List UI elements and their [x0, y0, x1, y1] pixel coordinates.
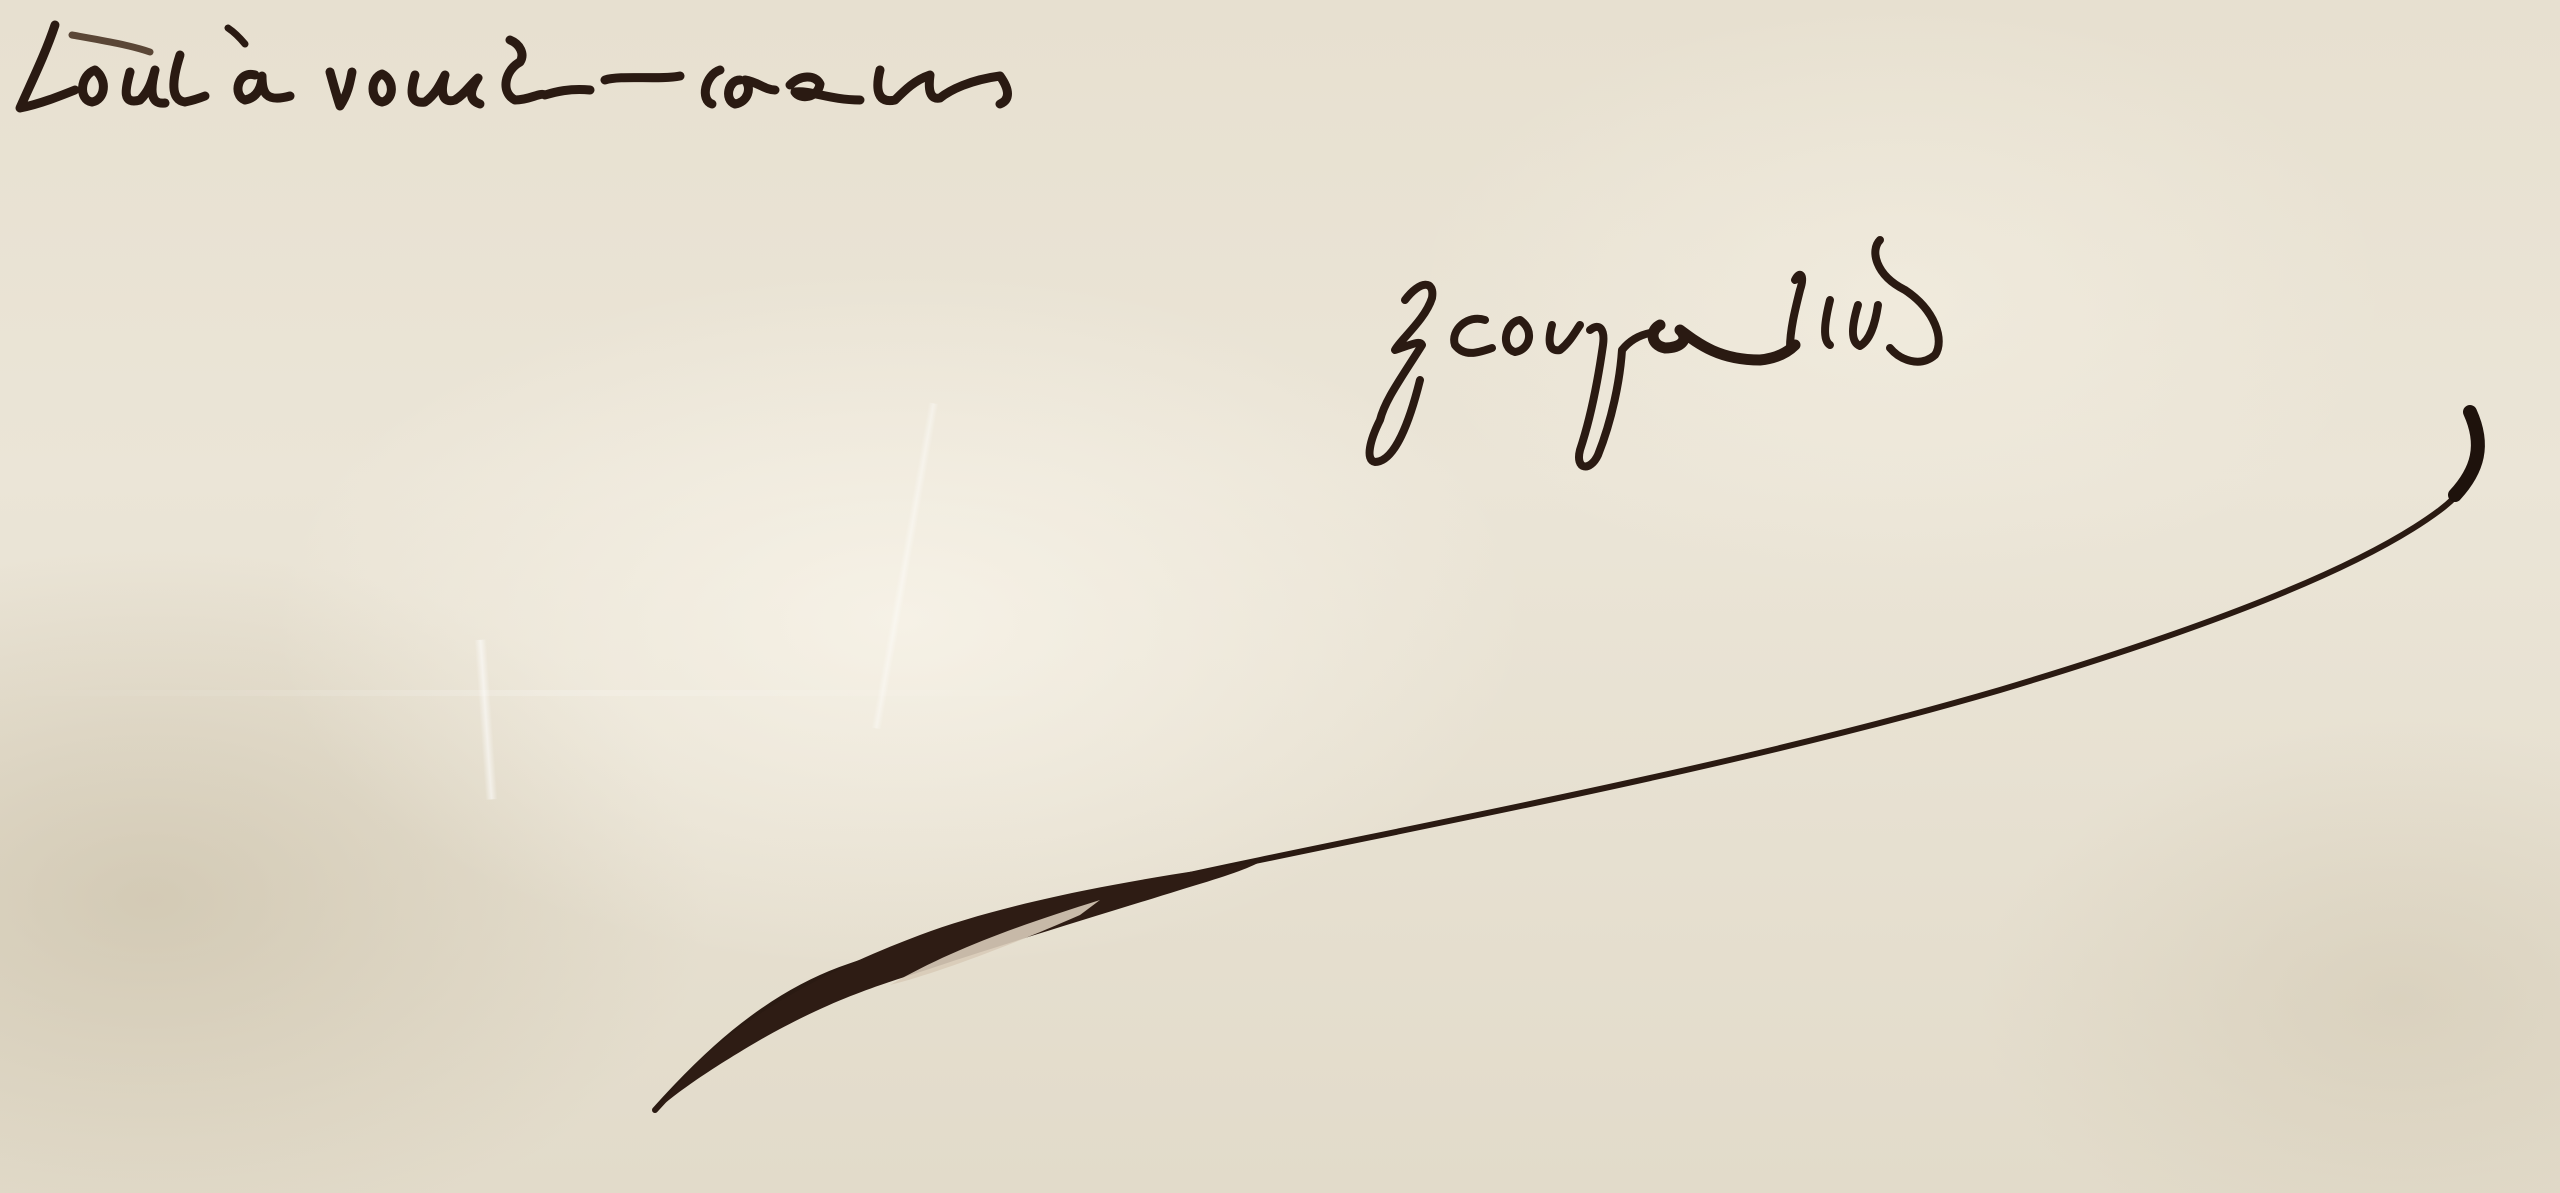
- signature-strokes: [1370, 240, 1939, 466]
- handwriting-ink: [0, 0, 2560, 1193]
- paraph-thick-stroke: [655, 862, 1260, 1112]
- signature-paraph: [655, 412, 2480, 1110]
- closing-line-strokes: [20, 25, 1008, 108]
